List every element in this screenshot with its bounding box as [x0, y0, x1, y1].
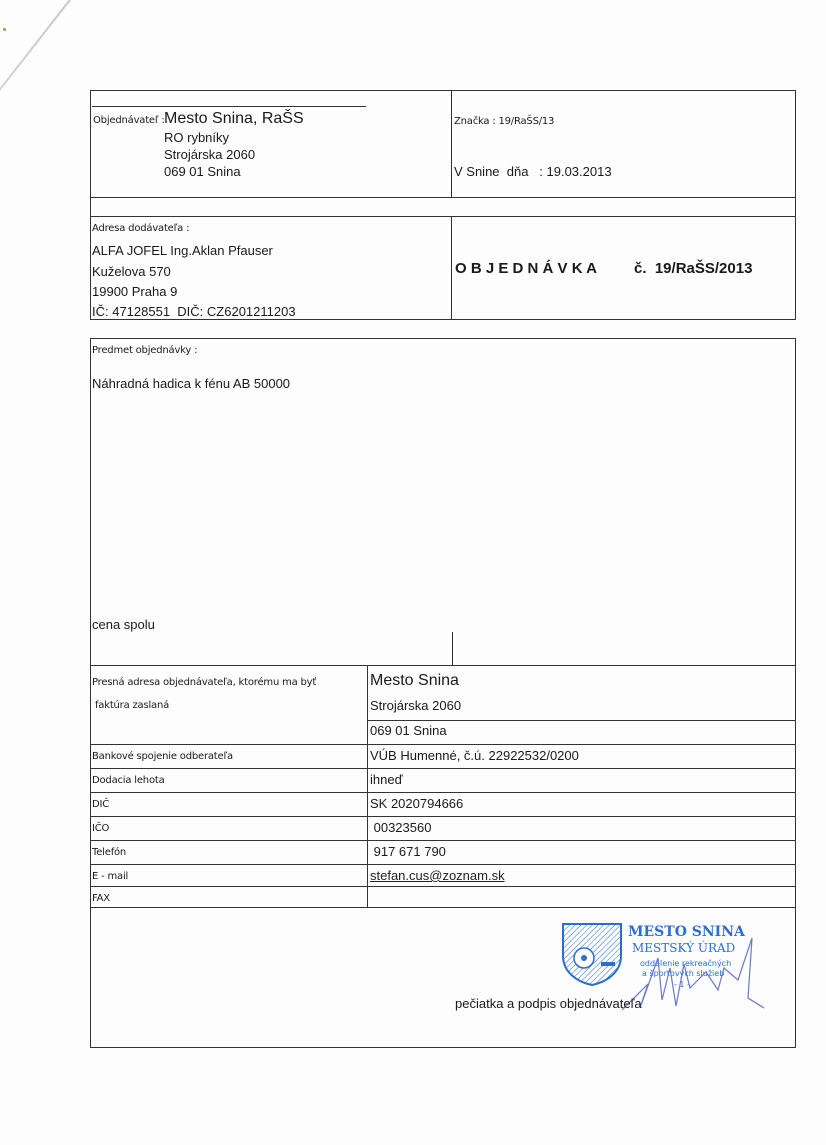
row-separator	[90, 864, 796, 865]
details-divider	[367, 665, 368, 908]
orderer-divider	[451, 90, 452, 198]
supplier-divider	[451, 216, 452, 320]
row-sep-addr	[367, 720, 796, 721]
scan-edge-shadow	[0, 0, 94, 160]
orderer-name-underline	[92, 106, 366, 107]
detail-value: 00323560	[370, 820, 431, 835]
supplier-line-3: 19900 Praha 9	[92, 284, 177, 299]
orderer-line-3: 069 01 Snina	[164, 164, 241, 179]
total-price-divider	[452, 632, 453, 666]
detail-label: FAX	[92, 893, 110, 904]
detail-label: Dodacia lehota	[92, 775, 165, 786]
row-separator	[90, 792, 796, 793]
order-number: č. 19/RaŠS/2013	[634, 260, 752, 277]
detail-value: 917 671 790	[370, 844, 446, 859]
orderer-label: Objednávateľ :	[93, 115, 165, 126]
order-date: V Snine dňa : 19.03.2013	[454, 164, 612, 179]
subject-text: Náhradná hadica k fénu AB 50000	[92, 376, 290, 391]
detail-value: ihneď	[370, 772, 403, 787]
orderer-line-1: RO rybníky	[164, 130, 229, 145]
row-separator	[90, 886, 796, 887]
invoice-address-line-1: Strojárska 2060	[370, 698, 461, 713]
orderer-name: Mesto Snina, RaŠS	[164, 110, 304, 128]
orderer-line-2: Strojárska 2060	[164, 147, 255, 162]
order-title: O B J E D N Á V K A	[455, 260, 597, 277]
signature-label: pečiatka a podpis objednávateľa	[455, 996, 642, 1011]
subject-label: Predmet objednávky :	[92, 345, 197, 356]
row-separator	[90, 840, 796, 841]
invoice-address-line-2: 069 01 Snina	[370, 723, 447, 738]
reference-code: Značka : 19/RaŠS/13	[454, 116, 554, 127]
detail-label: DIČ	[92, 799, 109, 810]
total-price-label: cena spolu	[92, 617, 155, 632]
supplier-line-1: ALFA JOFEL Ing.Aklan Pfauser	[92, 243, 273, 258]
row-separator	[90, 768, 796, 769]
detail-label: Telefón	[92, 847, 126, 858]
invoice-address-label-2: faktúra zaslaná	[92, 700, 169, 711]
detail-value: VÚB Humenné, č.ú. 22922532/0200	[370, 748, 579, 763]
city-crest-icon	[561, 922, 623, 986]
invoice-address-label-1: Presná adresa objednávateľa, ktorému ma …	[92, 677, 316, 688]
invoice-address-name: Mesto Snina	[370, 672, 459, 690]
row-separator	[90, 816, 796, 817]
scan-speck	[3, 28, 6, 31]
blank-row	[90, 197, 796, 217]
row-separator	[90, 744, 796, 745]
email-link[interactable]: stefan.cus@zoznam.sk	[370, 868, 505, 883]
detail-label: IČO	[92, 823, 109, 834]
supplier-line-2: Kuželova 570	[92, 264, 171, 279]
supplier-label: Adresa dodávateľa :	[92, 223, 189, 234]
detail-label: Bankové spojenie odberateľa	[92, 751, 233, 762]
supplier-line-4: IČ: 47128551 DIČ: CZ6201211203	[92, 304, 296, 319]
detail-value: SK 2020794666	[370, 796, 463, 811]
detail-label: E - mail	[92, 871, 128, 882]
